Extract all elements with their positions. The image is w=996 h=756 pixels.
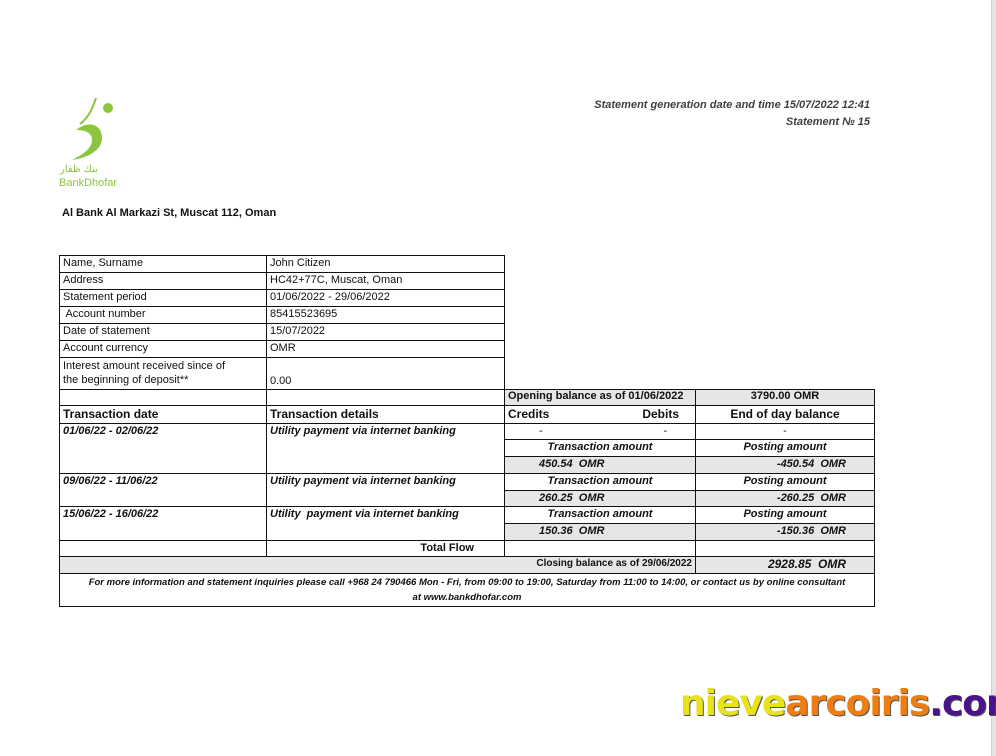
closing-balance-value: 2928.85 OMR — [695, 556, 875, 574]
opening-balance-label: Opening balance as of 01/06/2022 — [504, 389, 696, 406]
dash-eod: - — [695, 423, 875, 440]
contact-info-line1: For more information and statement inqui… — [60, 575, 874, 590]
transaction-3-details: Utility payment via internet banking — [266, 506, 505, 541]
watermark-part-2: arcoiris — [785, 683, 929, 724]
transaction-1-dash-row: - - — [504, 423, 696, 440]
blank-cell — [59, 540, 267, 557]
column-header-debits: Debits — [642, 406, 679, 422]
total-flow-credits-debits — [504, 540, 696, 557]
total-flow-label: Total Flow — [266, 540, 505, 557]
info-label-name: Name, Surname — [59, 255, 267, 273]
info-value-interest: 0.00 — [266, 357, 505, 390]
transaction-2-amount: 260.25 OMR — [504, 490, 696, 507]
column-header-eod-balance: End of day balance — [695, 405, 875, 424]
column-header-transaction-details: Transaction details — [266, 405, 505, 424]
column-header-credits: Credits — [508, 407, 549, 421]
info-label-interest: Interest amount received since of the be… — [59, 357, 267, 390]
transaction-3-amount: 150.36 OMR — [504, 523, 696, 541]
info-value-account-number: 85415523695 — [266, 306, 505, 324]
contact-info-line2[interactable]: at www.bankdhofar.com — [60, 590, 874, 605]
transaction-2-posting-label: Posting amount — [695, 473, 875, 491]
contact-info-note: For more information and statement inqui… — [59, 573, 875, 607]
transaction-1-amount-label: Transaction amount — [504, 439, 696, 457]
info-value-currency: OMR — [266, 340, 505, 358]
transaction-1-posting-label: Posting amount — [695, 439, 875, 457]
column-header-transaction-date: Transaction date — [59, 405, 267, 424]
info-label-currency: Account currency — [59, 340, 267, 358]
statement-number: Statement № 15 — [786, 116, 870, 128]
info-label-address: Address — [59, 272, 267, 290]
info-label-interest-line1: Interest amount received since of — [63, 359, 263, 373]
dash-credits: - — [539, 424, 543, 438]
watermark-text: nievearcoiris.com — [680, 683, 996, 724]
total-flow-eod — [695, 540, 875, 557]
info-label-account-number: Account number — [59, 306, 267, 324]
transaction-3-amount-label: Transaction amount — [504, 506, 696, 524]
info-label-period: Statement period — [59, 289, 267, 307]
transaction-1-amount: 450.54 OMR — [504, 456, 696, 474]
info-value-address: HC42+77C, Muscat, Oman — [266, 272, 505, 290]
blank-cell — [59, 389, 267, 406]
transaction-2-date: 09/06/22 - 11/06/22 — [59, 473, 267, 507]
page-scrollbar[interactable] — [991, 0, 996, 756]
blank-cell — [266, 389, 505, 406]
column-header-credits-debits: Credits Debits — [504, 405, 696, 424]
info-label-statement-date: Date of statement — [59, 323, 267, 341]
transaction-3-date: 15/06/22 - 16/06/22 — [59, 506, 267, 541]
closing-balance-label: Closing balance as of 29/06/2022 — [59, 556, 696, 574]
transaction-1-posting: -450.54 OMR — [695, 456, 875, 474]
transaction-3-posting-label: Posting amount — [695, 506, 875, 524]
watermark-part-1: nieve — [680, 683, 785, 724]
transaction-2-details: Utility payment via internet banking — [266, 473, 505, 507]
info-value-statement-date: 15/07/2022 — [266, 323, 505, 341]
logo-name-text: BankDhofar — [59, 177, 117, 189]
info-label-interest-line2: the beginning of deposit** — [63, 373, 263, 387]
info-value-period: 01/06/2022 - 29/06/2022 — [266, 289, 505, 307]
opening-balance-value: 3790.00 OMR — [695, 389, 875, 406]
logo-arabic-text: بنك ظفار — [60, 164, 98, 175]
statement-generation-datetime: Statement generation date and time 15/07… — [594, 99, 870, 111]
watermark-part-3: .com — [929, 683, 996, 724]
bank-address: Al Bank Al Markazi St, Muscat 112, Oman — [62, 207, 276, 219]
transaction-3-posting: -150.36 OMR — [695, 523, 875, 541]
info-value-name: John Citizen — [266, 255, 505, 273]
transaction-2-amount-label: Transaction amount — [504, 473, 696, 491]
transaction-2-posting: -260.25 OMR — [695, 490, 875, 507]
transaction-1-details: Utility payment via internet banking — [266, 423, 505, 474]
transaction-1-date: 01/06/22 - 02/06/22 — [59, 423, 267, 474]
dash-debits: - — [663, 424, 667, 438]
